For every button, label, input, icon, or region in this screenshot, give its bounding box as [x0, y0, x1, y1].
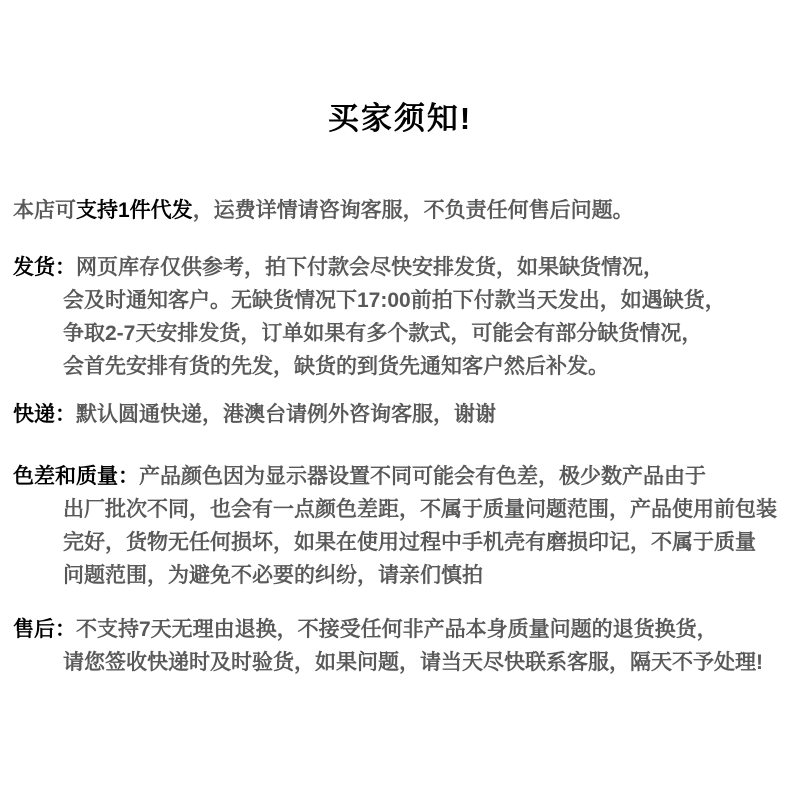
section-color-quality-line: 完好，货物无任何损坏，如果在使用过程中手机壳有磨损印记，不属于质量 [63, 526, 800, 559]
section-color-quality-line: 问题范围，为避免不必要的纠纷，请亲们慎拍 [63, 559, 800, 592]
section-courier-first-line: 快递：默认圆通快递，港澳台请例外咨询客服，谢谢 [63, 398, 800, 431]
section-color-quality-label: 色差和质量： [13, 465, 139, 488]
intro-highlight: 支持1件代发 [76, 199, 193, 222]
section-after-sales-line: 不支持7天无理由退换，不接受任何非产品本身质量问题的退货换货， [76, 618, 718, 641]
section-shipping-line: 争取2-7天安排发货，订单如果有多个款式，可能会有部分缺货情况， [63, 317, 800, 350]
section-color-quality: 色差和质量：产品颜色因为显示器设置不同可能会有色差，极少数产品由于 出厂批次不同… [0, 460, 800, 592]
section-courier-label: 快递： [13, 403, 76, 426]
intro-prefix: 本店可 [13, 199, 76, 222]
intro-paragraph: 本店可支持1件代发，运费详情请咨询客服，不负责任何售后问题。 [0, 194, 800, 227]
section-shipping: 发货：网页库存仅供参考，拍下付款会尽快安排发货，如果缺货情况， 会及时通知客户。… [0, 251, 800, 383]
intro-rest: ，运费详情请咨询客服，不负责任何售后问题。 [193, 199, 634, 222]
section-courier-line: 默认圆通快递，港澳台请例外咨询客服，谢谢 [76, 403, 496, 426]
section-after-sales-line: 请您签收快递时及时验货，如果问题，请当天尽快联系客服，隔天不予处理! [63, 646, 800, 679]
section-shipping-line: 会及时通知客户。无缺货情况下17:00前拍下付款当天发出，如遇缺货， [63, 284, 800, 317]
section-after-sales-first-line: 售后：不支持7天无理由退换，不接受任何非产品本身质量问题的退货换货， [63, 613, 800, 646]
section-shipping-label: 发货： [13, 256, 76, 279]
section-shipping-first-line: 发货：网页库存仅供参考，拍下付款会尽快安排发货，如果缺货情况， [63, 251, 800, 284]
section-color-quality-line: 出厂批次不同，也会有一点颜色差距，不属于质量问题范围，产品使用前包装 [63, 493, 800, 526]
page-title: 买家须知! [0, 101, 800, 137]
section-after-sales-label: 售后： [13, 618, 76, 641]
section-after-sales: 售后：不支持7天无理由退换，不接受任何非产品本身质量问题的退货换货， 请您签收快… [0, 613, 800, 679]
section-color-quality-first-line: 色差和质量：产品颜色因为显示器设置不同可能会有色差，极少数产品由于 [63, 460, 800, 493]
section-color-quality-line: 产品颜色因为显示器设置不同可能会有色差，极少数产品由于 [139, 465, 706, 488]
section-courier: 快递：默认圆通快递，港澳台请例外咨询客服，谢谢 [0, 398, 800, 431]
section-shipping-line: 会首先安排有货的先发，缺货的到货先通知客户然后补发。 [63, 350, 800, 383]
section-shipping-line: 网页库存仅供参考，拍下付款会尽快安排发货，如果缺货情况， [76, 256, 664, 279]
